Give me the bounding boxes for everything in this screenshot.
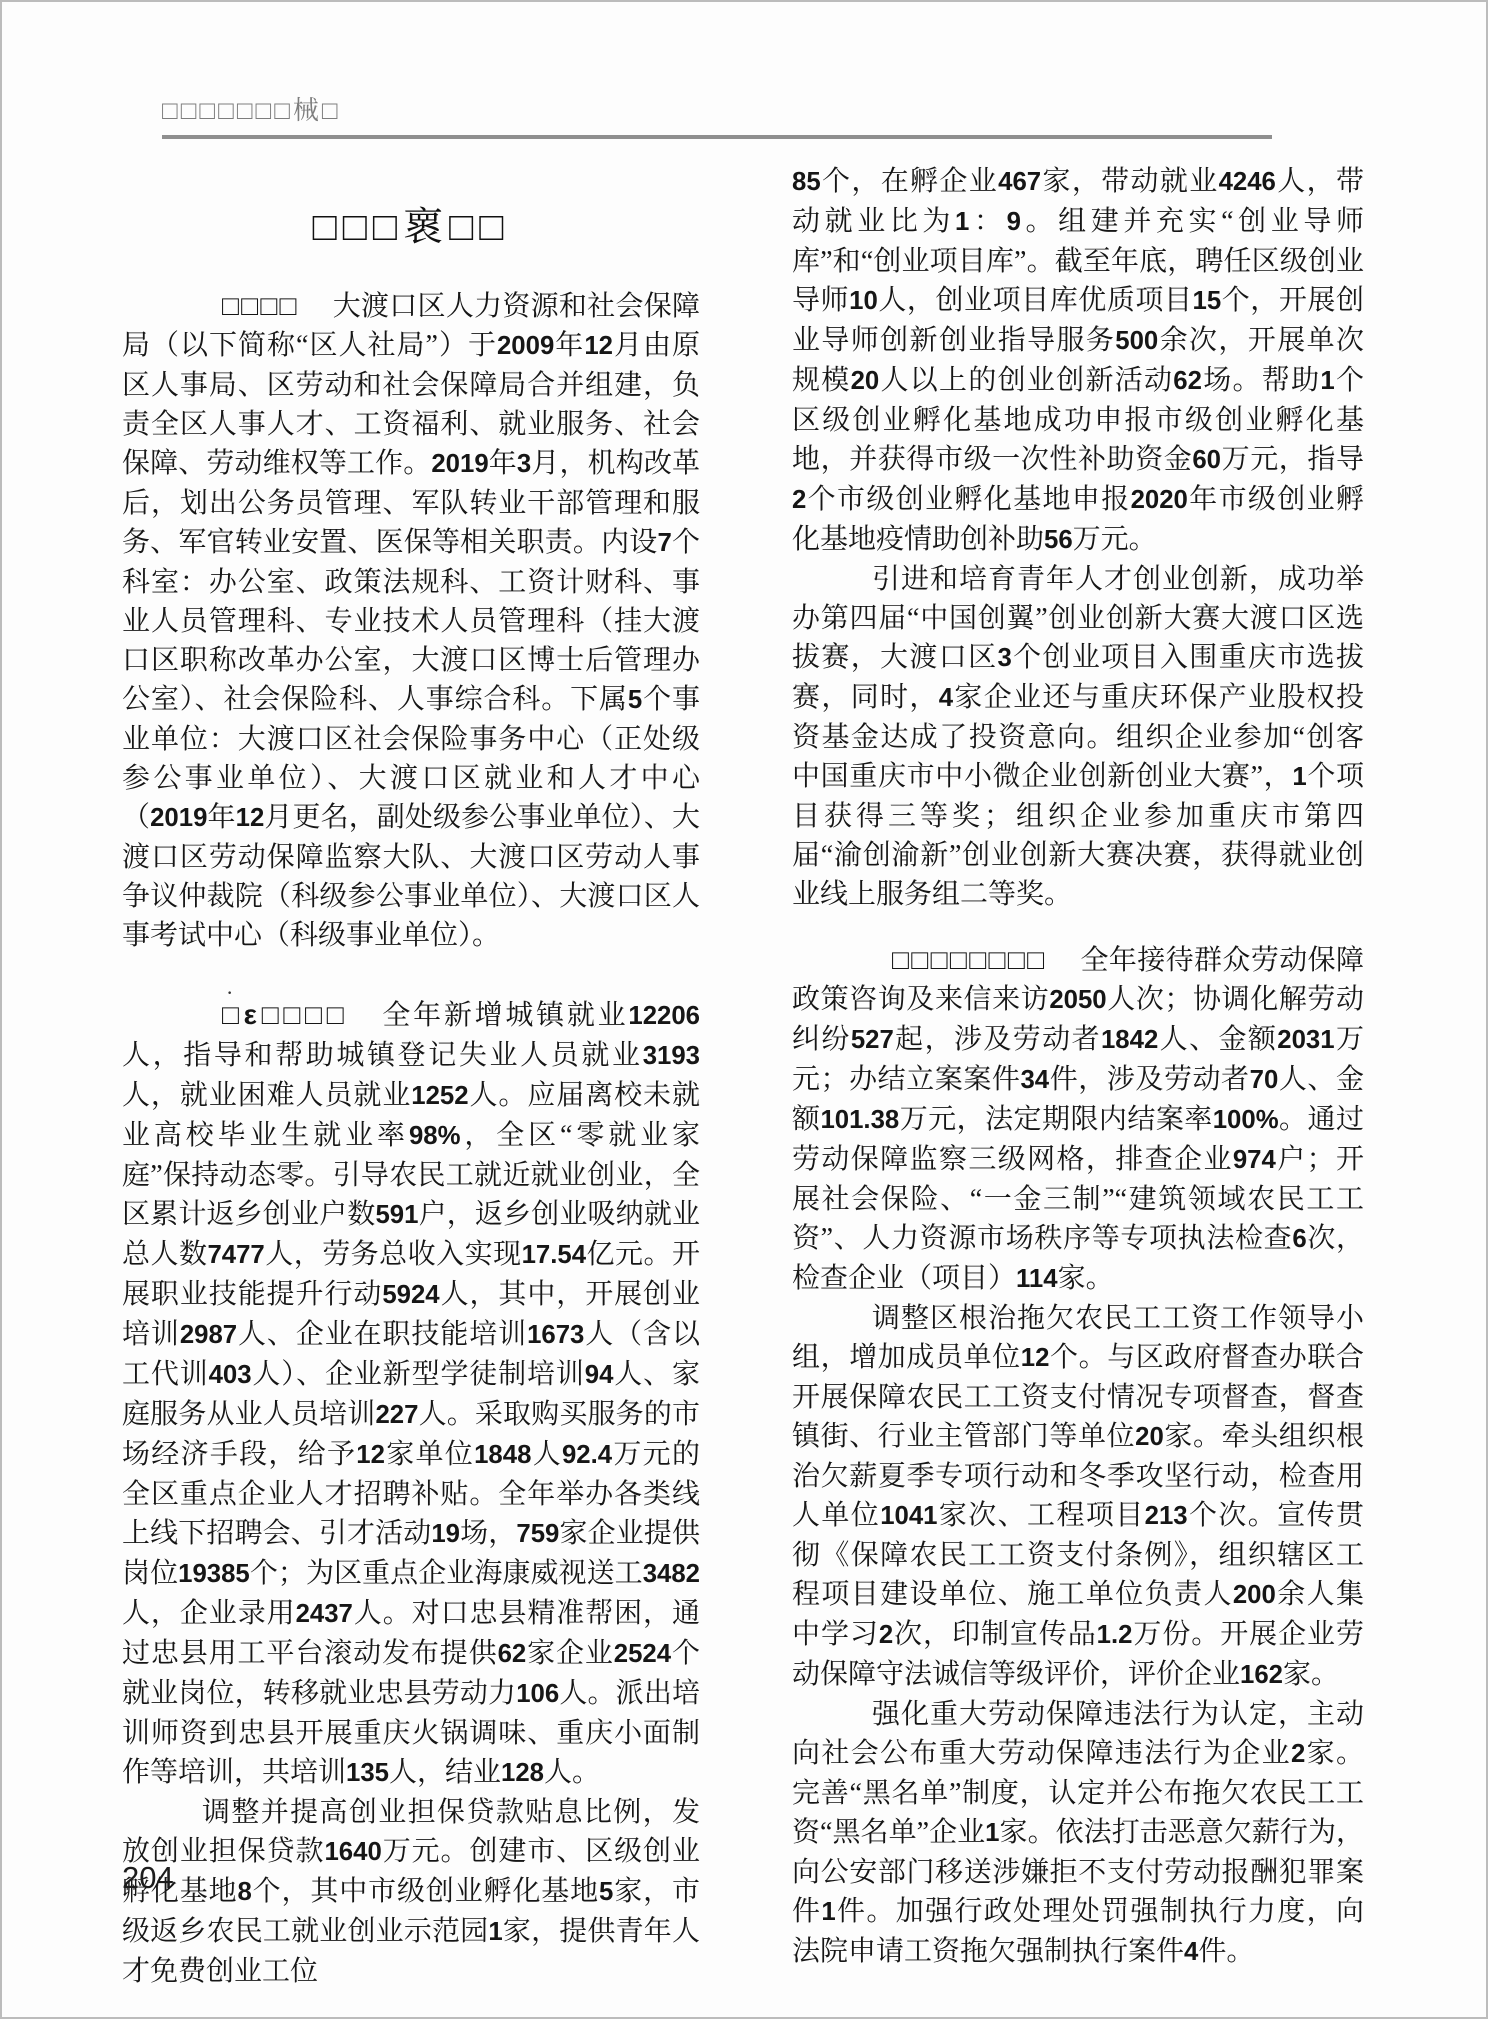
paragraph-text: 全年新增城镇就业12206人，指导和帮助城镇登记失业人员就业3193人，就业困难…: [122, 1000, 700, 1788]
section-label: □□□□: [222, 290, 299, 321]
paragraph-youth-innovation: 引进和培育青年人才创业创新，成功举办第四届“中国创翼”创业创新大赛大渡口区选拔赛…: [792, 560, 1364, 914]
paragraph-enforcement: 强化重大劳动保障违法行为认定，主动向社会公布重大劳动保障违法行为企业2家。完善“…: [792, 1695, 1364, 1972]
paragraph-text: 全年接待群众劳动保障政策咨询及来信来访2050人次；协调化解劳动纠纷527起，涉…: [792, 945, 1364, 1294]
paragraph-wage-arrears: 调整区根治拖欠农民工工资工作领导小组，增加成员单位12个。与区政府督查办联合开展…: [792, 1299, 1364, 1695]
paragraph-overview: □□□□大渡口区人力资源和社会保障局（以下简称“区人社局”）于2009年12月由…: [122, 286, 700, 955]
left-text-column: □□□褱□□ □□□□大渡口区人力资源和社会保障局（以下简称“区人社局”）于20…: [122, 162, 700, 1991]
header-rule: [162, 135, 1272, 139]
paragraph-employment: ·□ε□□□□全年新增城镇就业12206人，指导和帮助城镇登记失业人员就业319…: [122, 995, 700, 1793]
section-label: □ε□□□□: [222, 999, 348, 1030]
article-title: □□□褱□□: [122, 196, 700, 258]
paragraph-text: 大渡口区人力资源和社会保障局（以下简称“区人社局”）于2009年12月由原区人事…: [122, 291, 700, 951]
scanned-document-page: □□□□□□□械□ □□□褱□□ □□□□大渡口区人力资源和社会保障局（以下简称…: [0, 0, 1488, 2019]
paragraph-text: 调整区根治拖欠农民工工资工作领导小组，增加成员单位12个。与区政府督查办联合开展…: [792, 1303, 1364, 1690]
paragraph-startup-loans: 调整并提高创业担保贷款贴息比例，发放创业担保贷款1640万元。创建市、区级创业孵…: [122, 1793, 700, 1991]
paragraph-incubation-continued: 85个，在孵企业467家，带动就业4246人，带动就业比为1：9。组建并充实“创…: [792, 162, 1364, 560]
paragraph-text: 85个，在孵企业467家，带动就业4246人，带动就业比为1：9。组建并充实“创…: [792, 166, 1364, 555]
paragraph-text: 引进和培育青年人才创业创新，成功举办第四届“中国创翼”创业创新大赛大渡口区选拔赛…: [792, 564, 1364, 910]
stray-dot-mark: ·: [226, 973, 233, 1012]
section-label: □□□□□□□□: [892, 944, 1046, 975]
page-number: 204: [122, 1860, 174, 1896]
right-text-column: 85个，在孵企业467家，带动就业4246人，带动就业比为1：9。组建并充实“创…: [792, 162, 1364, 1972]
paragraph-text: 调整并提高创业担保贷款贴息比例，发放创业担保贷款1640万元。创建市、区级创业孵…: [122, 1797, 700, 1987]
paragraph-text: 强化重大劳动保障违法行为认定，主动向社会公布重大劳动保障违法行为企业2家。完善“…: [792, 1699, 1364, 1967]
running-head: □□□□□□□械□: [162, 90, 341, 127]
paragraph-labor-rights: □□□□□□□□全年接待群众劳动保障政策咨询及来信来访2050人次；协调化解劳动…: [792, 940, 1364, 1299]
